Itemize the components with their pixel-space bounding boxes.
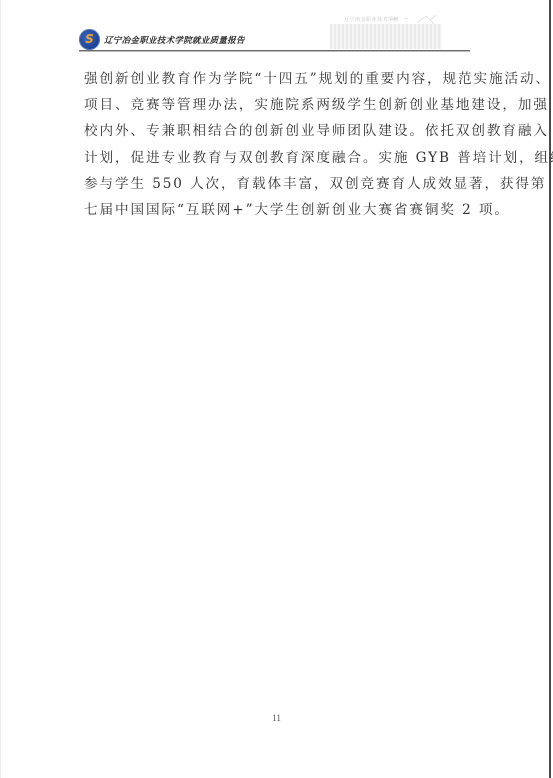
- body-paragraph: 强创新创业教育作为学院“十四五”规划的重要内容，规范实施活动、 项目、竞赛等管理…: [84, 66, 470, 223]
- paragraph-line: 校内外、专兼职相结合的创新创业导师团队建设。依托双创教育融入: [84, 118, 470, 144]
- document-page: S 辽宁冶金职业技术学院就业质量报告 辽宁冶金职业技术学院 强创新创业教育作为学…: [0, 0, 551, 778]
- college-logo-icon: S: [79, 29, 100, 50]
- building-facade: [330, 24, 442, 49]
- header-title: 辽宁冶金职业技术学院就业质量报告: [104, 34, 245, 46]
- page-number: 11: [1, 713, 552, 723]
- paragraph-line: 强创新创业教育作为学院“十四五”规划的重要内容，规范实施活动、: [84, 66, 470, 92]
- header-divider: [79, 50, 470, 52]
- paragraph-line: 参与学生 550 人次，育载体丰富，双创竞赛育人成效显著，获得第: [84, 171, 470, 197]
- paragraph-line: 计划，促进专业教育与双创教育深度融合。实施 GYB 普培计划，组织: [84, 145, 470, 171]
- page-header: S 辽宁冶金职业技术学院就业质量报告 辽宁冶金职业技术学院: [79, 14, 470, 52]
- paragraph-line: 七届中国国际“互联网+”大学生创新创业大赛省赛铜奖 2 项。: [84, 197, 470, 223]
- building-sign-text: 辽宁冶金职业技术学院: [344, 16, 399, 23]
- logo-glyph: S: [84, 33, 95, 46]
- campus-building-image: 辽宁冶金职业技术学院: [330, 14, 442, 49]
- paragraph-line: 项目、竞赛等管理办法，实施院系两级学生创新创业基地建设，加强: [84, 92, 470, 118]
